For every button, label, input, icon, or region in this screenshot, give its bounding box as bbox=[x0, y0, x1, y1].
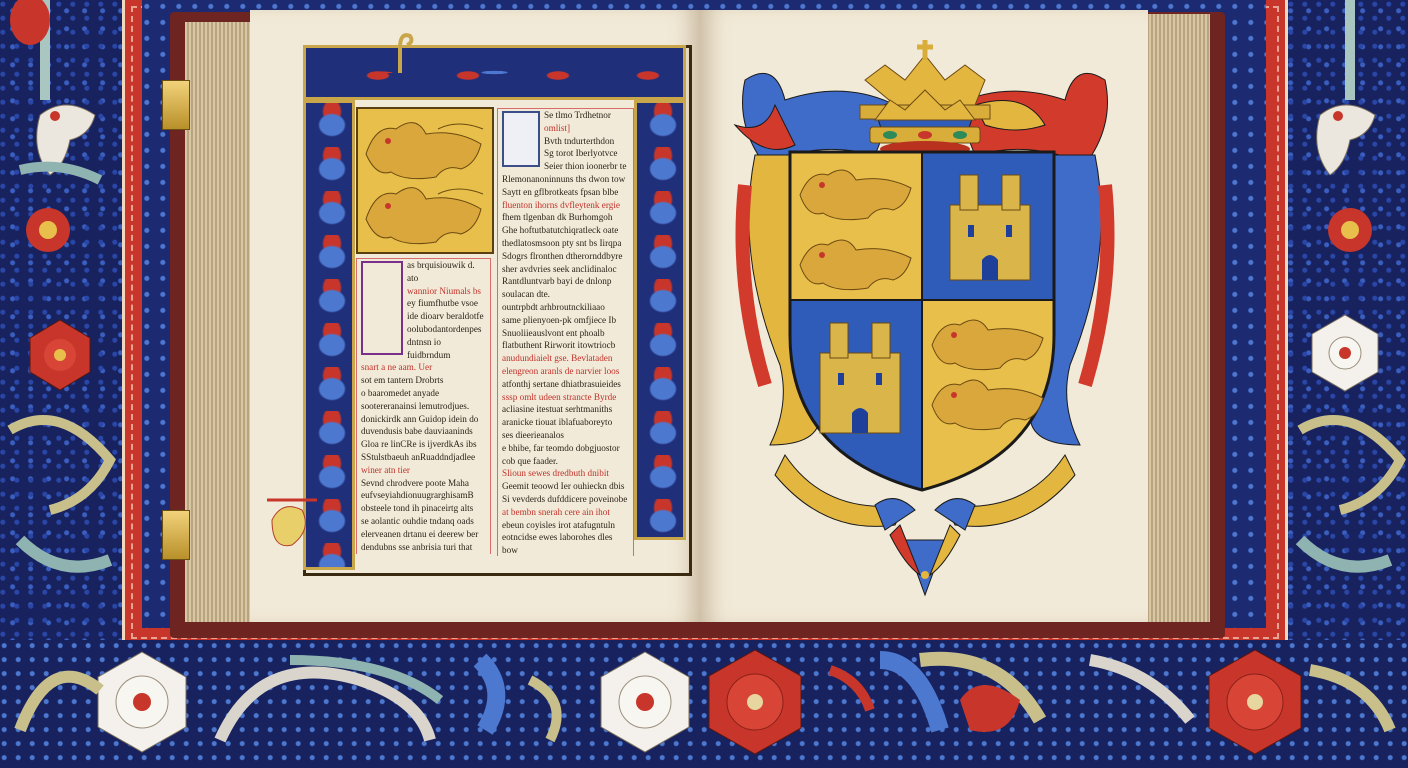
text-line: thedlatosmsoon pty snt bs Iirqpa bbox=[502, 237, 629, 250]
illuminated-top-border bbox=[303, 45, 686, 100]
text-line: Slioun sewes dredbuth dnibit bbox=[502, 467, 629, 480]
text-line: SStulstbaeuh anRuaddndjadlee bbox=[361, 451, 486, 464]
lions-illustration bbox=[356, 107, 494, 254]
text-line: dordinegidl dm gionis sdoice bbox=[361, 553, 486, 554]
text-line: at bembn snerah cere ain ihot bbox=[502, 506, 629, 519]
lion-passant-icon bbox=[366, 188, 483, 244]
text-line: anudundiaielt gse. Bevlataden bbox=[502, 352, 629, 365]
text-line: Geemit teoowd Ier ouhieckn dbis bbox=[502, 480, 629, 493]
historiated-initial bbox=[502, 111, 540, 167]
book-clasp-bottom bbox=[162, 510, 190, 560]
text-line: acliasine itestuat serhtmaniths bbox=[502, 403, 629, 416]
text-line: soulacan dte. bbox=[502, 288, 629, 301]
white-tudor-rose-icon bbox=[1312, 315, 1378, 391]
text-line: Sevnd chrodvere poote Maha bbox=[361, 477, 486, 490]
text-line: duvendusis babe dauviaaninds bbox=[361, 425, 486, 438]
text-line: aranicke tiouat iblafuaboreyto bbox=[502, 416, 629, 429]
text-line: dendubns sse anbrisia turi that bbox=[361, 541, 486, 554]
red-tudor-rose-icon bbox=[709, 650, 801, 754]
text-line: sher avdvries seek anclidinaloc bbox=[502, 263, 629, 276]
text-line: elengreon aranls de narvier loos bbox=[502, 365, 629, 378]
text-line: atfonthj sertane dhiatbrasuieides bbox=[502, 378, 629, 391]
text-line: fluenton ihorns dvfleytenk ergie bbox=[502, 199, 629, 212]
text-line: se aolantic ouhdie tndanq oads bbox=[361, 515, 486, 528]
left-border-decoration bbox=[0, 0, 125, 640]
text-column-1: as brquisiouwik d. atowannior Niumals bs… bbox=[356, 258, 491, 554]
red-rose-icon bbox=[1328, 208, 1372, 252]
text-line: flatbuthent Rirworit itowtriocb bbox=[502, 339, 629, 352]
text-line: Si vevderds dufddicere poveinobe bbox=[502, 493, 629, 506]
lion-passant-icon bbox=[366, 123, 483, 179]
coat-of-arms bbox=[725, 35, 1125, 605]
text-line: eufvseyiahdionuugrarghisamB bbox=[361, 489, 486, 502]
text-line: o baaromedet anyade bbox=[361, 387, 486, 400]
text-line: Snuoliieauslvont ent phoalb bbox=[502, 327, 629, 340]
red-rose-icon bbox=[26, 208, 70, 252]
gold-hook-icon bbox=[385, 28, 415, 73]
text-line: eotncidse ewes laborohes dles bow bbox=[502, 531, 629, 556]
text-line: Sdogrs flronthen dtherornddbyre bbox=[502, 250, 629, 263]
text-line: donickirdk ann Guidop idein do bbox=[361, 413, 486, 426]
white-tudor-rose-icon bbox=[601, 652, 689, 752]
text-line: ountrpbdt arhbroutnckiliaao bbox=[502, 301, 629, 314]
text-line: snart a ne aam. Uer bbox=[361, 361, 486, 374]
text-line: ses dieerieanalos bbox=[502, 429, 629, 442]
red-tudor-rose-icon bbox=[1209, 650, 1301, 754]
text-line: obsteele tond ih pinaceirtg alts bbox=[361, 502, 486, 515]
text-line: Saytt en gflbrotkeats fpsan blbe bbox=[502, 186, 629, 199]
historiated-initial bbox=[361, 261, 403, 355]
text-line: winer atn tier bbox=[361, 464, 486, 477]
text-column-2: Se tlmo Trdhetnoromlist]Bvth tndurterthd… bbox=[497, 108, 634, 556]
white-tudor-rose-icon bbox=[98, 652, 186, 752]
decorated-initial-flourish bbox=[262, 480, 322, 560]
right-border-decoration bbox=[1290, 0, 1408, 640]
text-line: ebeun coyisles irot atafugntuln bbox=[502, 519, 629, 532]
text-line: cob que faader. bbox=[502, 455, 629, 468]
text-line: sootereranainsi lemutrodjues. bbox=[361, 400, 486, 413]
red-tudor-rose-icon bbox=[30, 320, 90, 390]
text-line: elerveanen drtanu ei deerew ber bbox=[361, 528, 486, 541]
book-clasp-top bbox=[162, 80, 190, 130]
text-line: e bhibe, far teomdo dobgjuostor bbox=[502, 442, 629, 455]
bird-head-icon bbox=[1317, 105, 1375, 175]
bottom-border-decoration bbox=[0, 640, 1408, 768]
illuminated-right-border bbox=[634, 100, 686, 540]
text-line: Gloa re linCRe is ijverdkAs ibs bbox=[361, 438, 486, 451]
text-line: Rantdluntvarb bayi de dnlonp bbox=[502, 275, 629, 288]
text-line: fhem tlgenban dk Burhomgoh bbox=[502, 211, 629, 224]
text-line: sot em tantern Drobrts bbox=[361, 374, 486, 387]
text-line: Ghe hoftutbatutchiqratleck oate bbox=[502, 224, 629, 237]
text-line: same plienyoen-pk omfjiece Ib bbox=[502, 314, 629, 327]
right-page-edges bbox=[1145, 14, 1210, 622]
left-page-edges bbox=[185, 22, 255, 622]
text-line: Rlemonanoninnuns ths dwon tow bbox=[502, 173, 629, 186]
text-line: sssp omlt udeen strancte Byrde bbox=[502, 391, 629, 404]
